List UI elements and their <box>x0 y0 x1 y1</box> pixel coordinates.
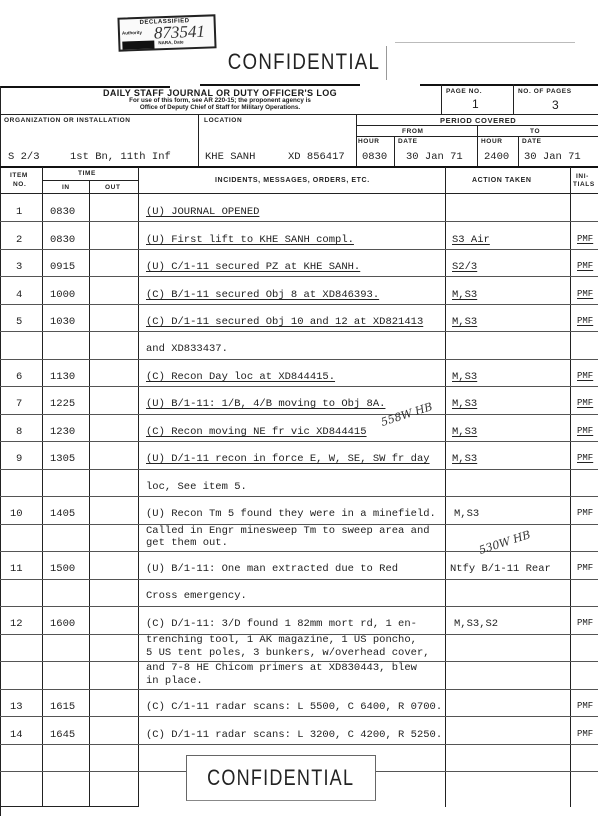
row-line <box>0 579 598 580</box>
entry-action: Ntfy B/1-11 Rear <box>450 563 551 575</box>
entry-time-in: 0830 <box>50 234 75 246</box>
form-border-left <box>0 86 1 816</box>
to-date-label: DATE <box>522 138 542 145</box>
entry-text: (U) JOURNAL OPENED <box>146 206 259 218</box>
entry-action: M,S3 <box>452 371 477 383</box>
entry-item-no: 3 <box>16 261 22 273</box>
divider <box>394 136 395 167</box>
stamp-edge-line <box>395 42 575 43</box>
entry-action: S3 Air <box>452 234 490 246</box>
from-hour-label: HOUR <box>358 138 380 145</box>
entry-item-no: 11 <box>10 563 23 575</box>
row-line <box>0 331 598 332</box>
divider <box>441 84 442 114</box>
entry-text: (U) Recon Tm 5 found they were in a mine… <box>146 508 436 520</box>
from-hour: 0830 <box>362 151 387 163</box>
entry-initials: PMF <box>577 618 593 628</box>
entry-text-continued: get them out. <box>146 537 228 549</box>
row-line <box>0 249 598 250</box>
row-line <box>0 276 598 277</box>
form-border-top <box>420 84 598 86</box>
entry-item-no: 2 <box>16 234 22 246</box>
divider <box>42 180 138 181</box>
row-line <box>0 221 598 222</box>
entry-text: (U) First lift to KHE SANH compl. <box>146 234 354 246</box>
authority-label: Authority <box>122 30 142 36</box>
entry-text-continued: and 7-8 HE Chicom primers at XD830443, b… <box>146 662 417 674</box>
divider <box>356 114 357 167</box>
divider <box>518 136 519 167</box>
nara-date-label: NARA, Date <box>158 39 183 45</box>
from-date-label: DATE <box>398 138 418 145</box>
entry-time-in: 1030 <box>50 316 75 328</box>
divider <box>0 114 598 115</box>
row-line <box>0 441 598 442</box>
from-label: FROM <box>402 128 424 135</box>
entry-text: (C) Recon Day loc at XD844415. <box>146 371 335 383</box>
classification-marking-bottom: CONFIDENTIAL <box>186 755 376 801</box>
row-line <box>0 689 598 690</box>
entry-initials: PMF <box>577 701 593 711</box>
entry-text: (U) C/1-11 secured PZ at KHE SANH. <box>146 261 360 273</box>
entry-action: M,S3 <box>452 289 477 301</box>
form-border-top <box>200 84 360 86</box>
time-header: TIME <box>78 170 96 177</box>
action-taken-header: ACTION TAKEN <box>472 177 532 184</box>
entry-text: (C) D/1-11: 3/D found 1 82mm mort rd, 1 … <box>146 618 417 630</box>
redaction-block <box>122 40 154 49</box>
entry-text-continued: and XD833437. <box>146 343 228 355</box>
classification-marking-bottom-text: CONFIDENTIAL <box>207 765 354 791</box>
entry-item-no: 4 <box>16 289 22 301</box>
column-line <box>138 167 139 807</box>
row-line <box>0 496 598 497</box>
entry-text-continued: loc, See item 5. <box>146 481 247 493</box>
to-hour: 2400 <box>484 151 509 163</box>
entry-text: (C) C/1-11 radar scans: L 5500, C 6400, … <box>146 701 442 713</box>
row-line <box>0 716 598 717</box>
organization-section: S 2/3 <box>8 151 40 163</box>
item-header-line1: ITEM <box>10 172 28 179</box>
entry-text-continued: Cross emergency. <box>146 590 247 602</box>
entry-time-in: 1615 <box>50 701 75 713</box>
entry-initials: PMF <box>577 453 593 463</box>
entry-text: (U) D/1-11 recon in force E, W, SE, SW f… <box>146 453 430 465</box>
entry-initials: PMF <box>577 261 593 271</box>
entry-text: (C) D/1-11 radar scans: L 3200, C 4200, … <box>146 729 442 741</box>
to-date: 30 Jan 71 <box>524 151 581 163</box>
entry-item-no: 12 <box>10 618 23 630</box>
row-line <box>0 414 598 415</box>
entry-initials: PMF <box>577 289 593 299</box>
entry-action: M,S3 <box>454 508 479 520</box>
entry-time-in: 1645 <box>50 729 75 741</box>
time-out-header: OUT <box>105 184 121 191</box>
entry-initials: PMF <box>577 371 593 381</box>
initials-header-line1: INI- <box>576 173 589 180</box>
entry-text: (C) B/1-11 secured Obj 8 at XD846393. <box>146 289 379 301</box>
stamp-edge-line <box>386 46 387 80</box>
entry-action: M,S3 <box>452 398 477 410</box>
organization-unit: 1st Bn, 11th Inf <box>70 151 171 163</box>
entry-item-no: 1 <box>16 206 22 218</box>
handwritten-annotation: 558W HB <box>379 400 434 429</box>
page-no-value: 1 <box>472 97 479 111</box>
location-grid: XD 856417 <box>288 151 345 163</box>
location-name: KHE SANH <box>205 151 255 163</box>
entry-action: M,S3 <box>452 316 477 328</box>
entry-time-in: 0830 <box>50 206 75 218</box>
row-line <box>0 744 598 745</box>
entry-time-in: 1000 <box>50 289 75 301</box>
entry-text: (C) Recon moving NE fr vic XD844415 <box>146 426 367 438</box>
entry-text-continued: Called in Engr minesweep Tm to sweep are… <box>146 525 430 537</box>
from-date: 30 Jan 71 <box>406 151 463 163</box>
period-covered-label: PERIOD COVERED <box>440 116 516 125</box>
column-line <box>89 180 90 807</box>
entry-time-in: 1405 <box>50 508 75 520</box>
entry-action: S2/3 <box>452 261 477 273</box>
entry-time-in: 1225 <box>50 398 75 410</box>
row-line <box>0 386 598 387</box>
time-in-header: IN <box>62 184 70 191</box>
divider <box>356 136 598 137</box>
entry-item-no: 14 <box>10 729 23 741</box>
entry-initials: PMF <box>577 234 593 244</box>
entry-time-in: 1305 <box>50 453 75 465</box>
entry-item-no: 7 <box>16 398 22 410</box>
entry-initials: PMF <box>577 316 593 326</box>
entry-initials: PMF <box>577 563 593 573</box>
entry-time-in: 1600 <box>50 618 75 630</box>
no-of-pages-label: NO. OF PAGES <box>518 88 572 95</box>
row-line <box>0 551 598 552</box>
entry-initials: PMF <box>577 508 593 518</box>
entry-text-continued: in place. <box>146 675 203 687</box>
column-line <box>445 167 446 807</box>
entry-action: M,S3 <box>452 426 477 438</box>
entry-time-in: 1500 <box>50 563 75 575</box>
to-label: TO <box>530 128 540 135</box>
declassified-stamp: DECLASSIFIED Authority 873541 NARA, Date <box>117 14 216 51</box>
entry-action: M,S3 <box>452 453 477 465</box>
entry-item-no: 6 <box>16 371 22 383</box>
location-label: LOCATION <box>204 117 242 124</box>
row-line <box>0 304 598 305</box>
row-line <box>0 606 598 607</box>
entry-item-no: 9 <box>16 453 22 465</box>
row-line <box>0 359 598 360</box>
divider <box>477 125 478 167</box>
initials-header-line2: TIALS <box>573 181 595 188</box>
entry-time-in: 1130 <box>50 371 75 383</box>
divider <box>0 166 598 168</box>
handwritten-annotation: 530W HB <box>477 528 532 557</box>
row-line <box>0 469 598 470</box>
entry-text: (C) D/1-11 secured Obj 10 and 12 at XD82… <box>146 316 423 328</box>
entry-item-no: 8 <box>16 426 22 438</box>
organization-label: ORGANIZATION OR INSTALLATION <box>4 117 131 124</box>
entry-initials: PMF <box>577 426 593 436</box>
incidents-header: INCIDENTS, MESSAGES, ORDERS, ETC. <box>215 177 370 184</box>
entry-text: (U) B/1-11: One man extracted due to Red <box>146 563 398 575</box>
column-line <box>42 167 43 807</box>
entry-time-in: 0915 <box>50 261 75 273</box>
form-subtitle-2: Office of Deputy Chief of Staff for Mili… <box>100 105 340 112</box>
entry-action: M,S3,S2 <box>454 618 498 630</box>
entry-initials: PMF <box>577 398 593 408</box>
no-of-pages-value: 3 <box>552 98 559 112</box>
entry-time-in: 1230 <box>50 426 75 438</box>
to-hour-label: HOUR <box>481 138 503 145</box>
column-line <box>570 167 571 807</box>
entry-text: (U) B/1-11: 1/B, 4/B moving to Obj 8A. <box>146 398 385 410</box>
divider <box>198 114 199 167</box>
entry-item-no: 5 <box>16 316 22 328</box>
entry-item-no: 10 <box>10 508 23 520</box>
entry-text-continued: trenching tool, 1 AK magazine, 1 US ponc… <box>146 634 417 646</box>
entry-item-no: 13 <box>10 701 23 713</box>
entry-text-continued: 5 US tent poles, 3 bunkers, w/overhead c… <box>146 647 430 659</box>
row-line <box>0 806 138 807</box>
entry-initials: PMF <box>577 729 593 739</box>
classification-marking-top: CONFIDENTIAL <box>233 42 376 82</box>
form-title-block: DAILY STAFF JOURNAL OR DUTY OFFICER'S LO… <box>100 88 340 111</box>
page-no-label: PAGE NO. <box>446 88 482 95</box>
divider <box>513 84 514 114</box>
item-header-line2: NO. <box>13 181 26 188</box>
